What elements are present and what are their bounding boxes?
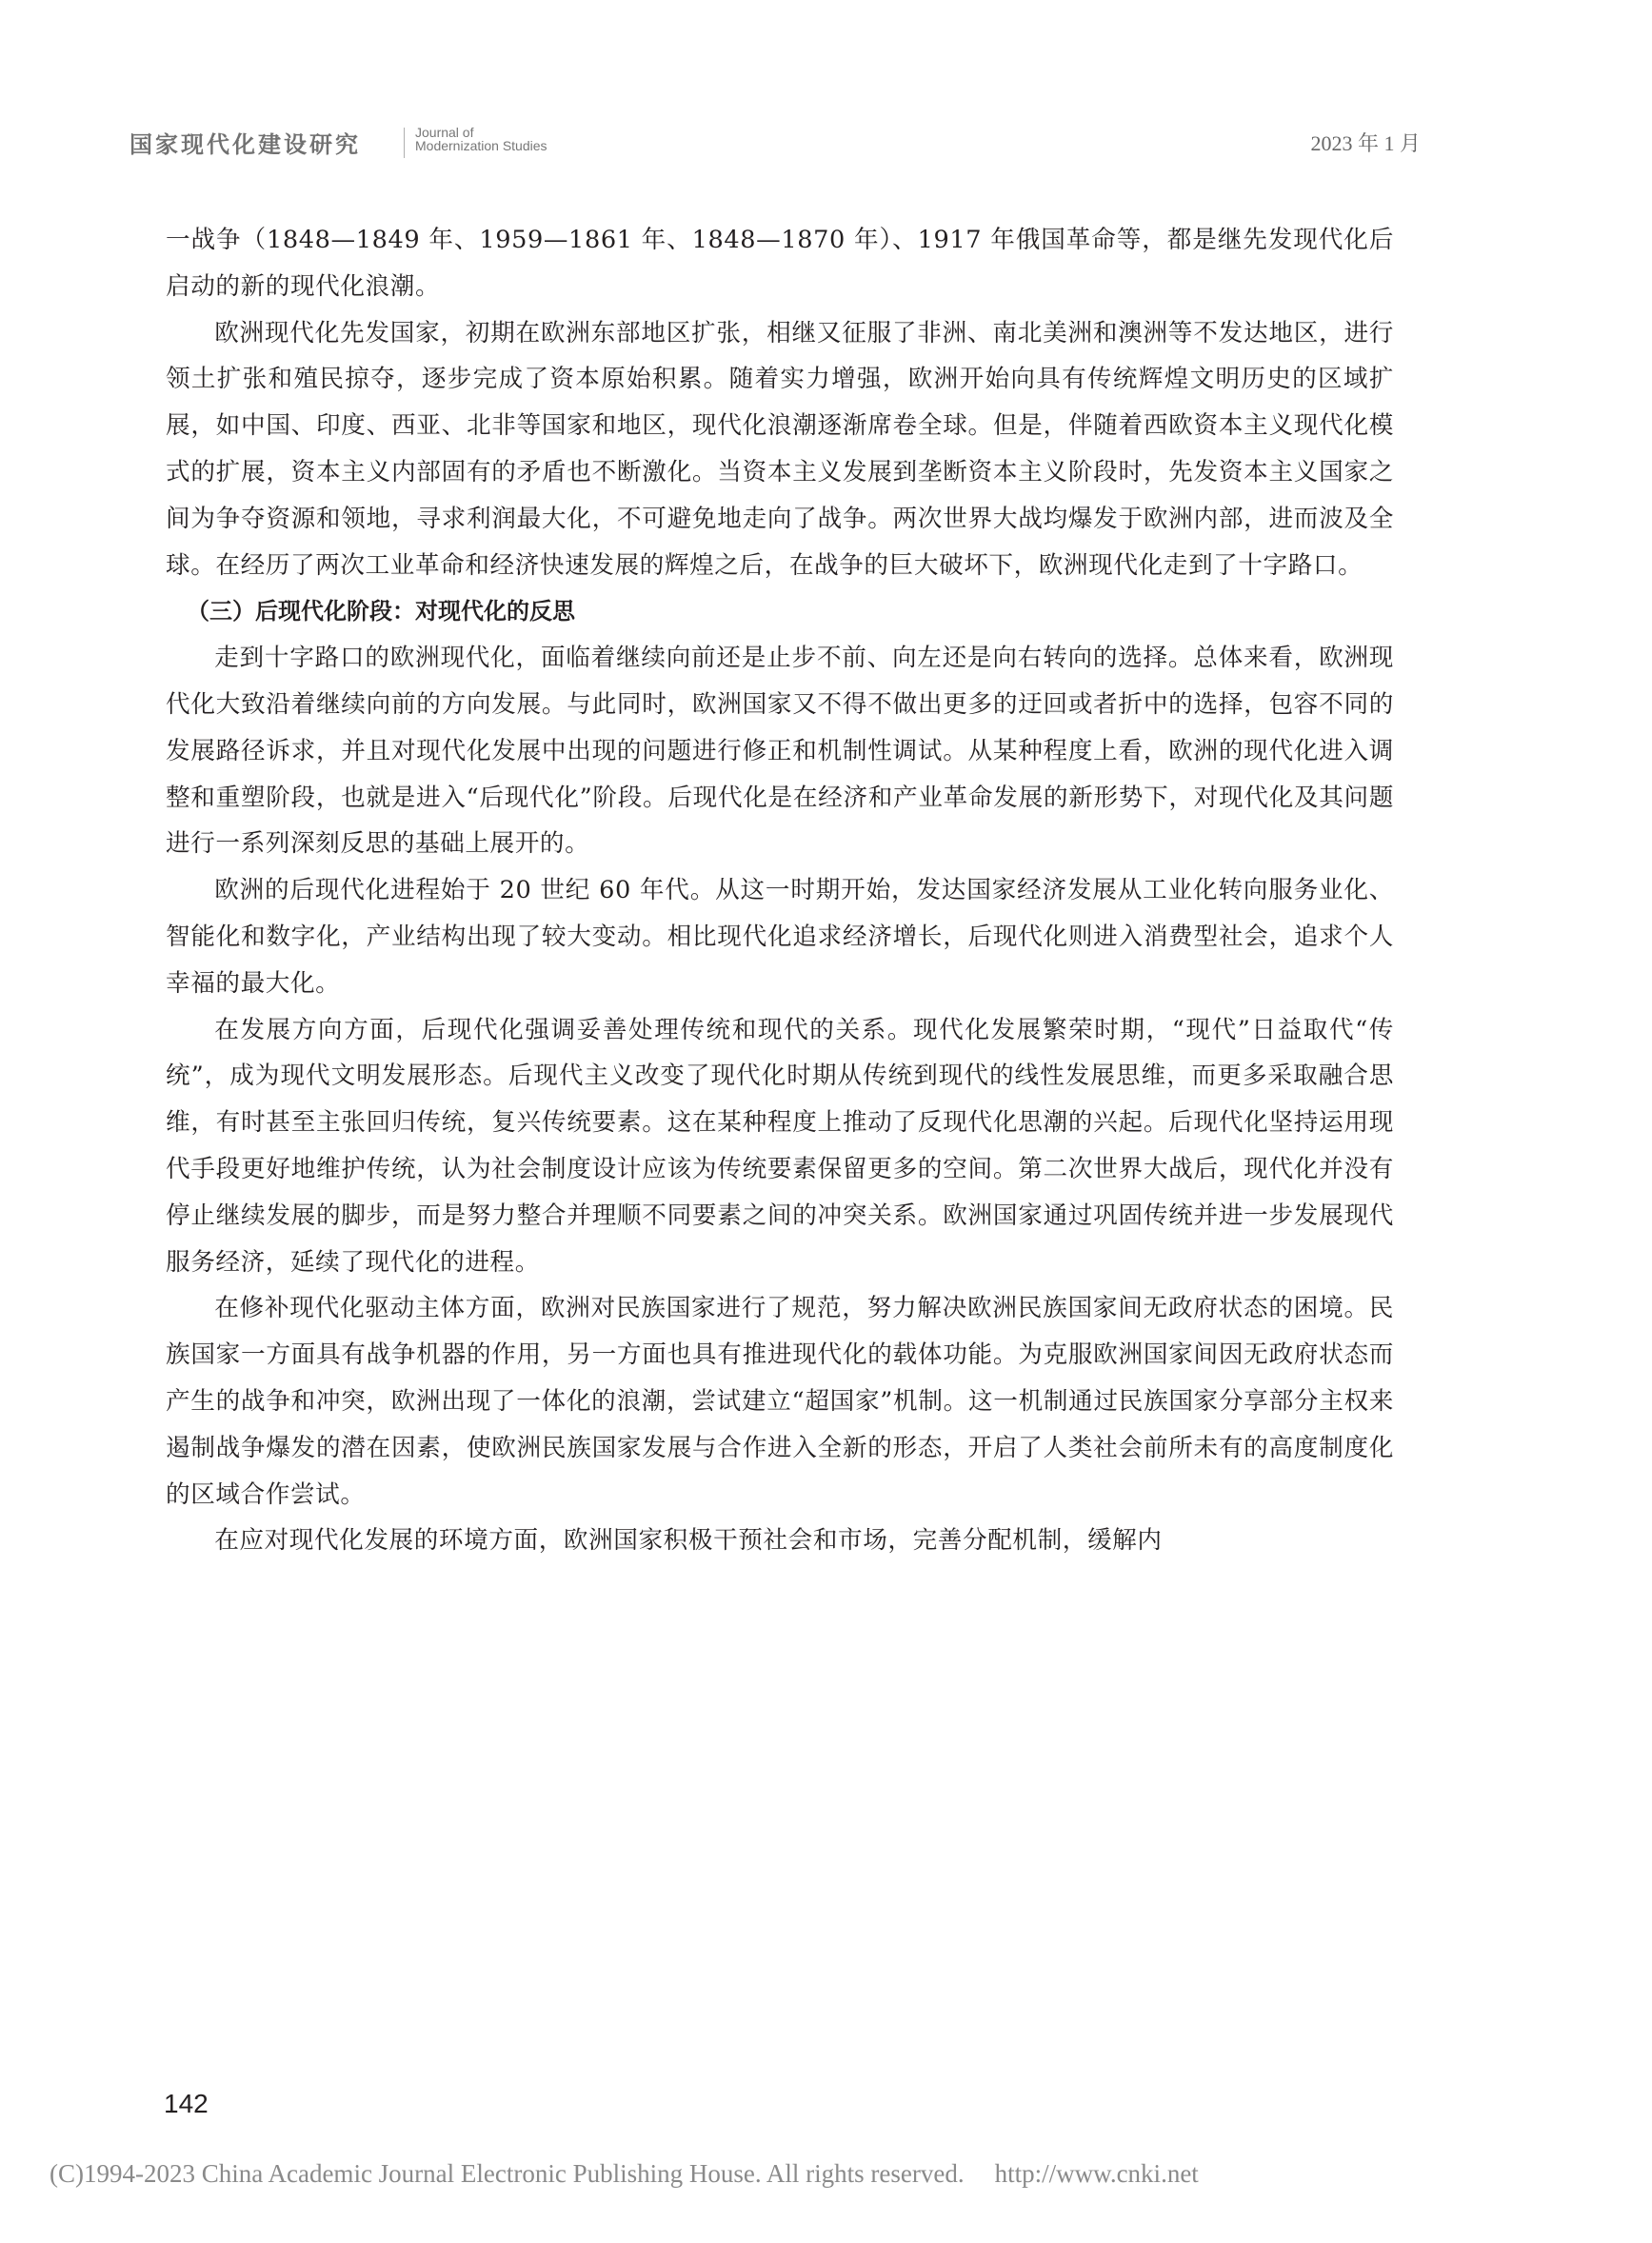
- copyright-footer: (C)1994-2023 China Academic Journal Elec…: [50, 2159, 1199, 2189]
- journal-name-en: Journal of Modernization Studies: [415, 126, 547, 152]
- copyright-text: (C)1994-2023 China Academic Journal Elec…: [50, 2159, 965, 2188]
- paragraph: 欧洲现代化先发国家，初期在欧洲东部地区扩张，相继又征服了非洲、南北美洲和澳洲等不…: [166, 310, 1394, 589]
- publisher-url[interactable]: http://www.cnki.net: [995, 2159, 1199, 2188]
- section-heading: （三）后现代化阶段：对现代化的反思: [166, 588, 1394, 635]
- journal-name-cn: 国家现代化建设研究: [129, 126, 361, 159]
- page-header: 国家现代化建设研究 Journal of Modernization Studi…: [129, 122, 1421, 164]
- paragraph: 在应对现代化发展的环境方面，欧洲国家积极干预社会和市场，完善分配机制，缓解内: [166, 1518, 1394, 1564]
- paragraph: 走到十字路口的欧洲现代化，面临着继续向前还是止步不前、向左还是向右转向的选择。总…: [166, 635, 1394, 867]
- header-divider: [404, 128, 405, 158]
- issue-date: 2023 年 1 月: [1310, 128, 1421, 157]
- paragraph: 欧洲的后现代化进程始于 20 世纪 60 年代。从这一时期开始，发达国家经济发展…: [166, 867, 1394, 1006]
- journal-name-en-line1: Journal of: [415, 126, 547, 139]
- paragraph: 一战争（1848—1849 年、1959—1861 年、1848—1870 年）…: [166, 217, 1394, 310]
- article-body: 一战争（1848—1849 年、1959—1861 年、1848—1870 年）…: [166, 217, 1394, 1564]
- paragraph: 在发展方向方面，后现代化强调妥善处理传统和现代的关系。现代化发展繁荣时期，“现代…: [166, 1007, 1394, 1286]
- paragraph: 在修补现代化驱动主体方面，欧洲对民族国家进行了规范，努力解决欧洲民族国家间无政府…: [166, 1285, 1394, 1518]
- journal-name-en-line2: Modernization Studies: [415, 139, 547, 152]
- page-number: 142: [164, 2089, 209, 2119]
